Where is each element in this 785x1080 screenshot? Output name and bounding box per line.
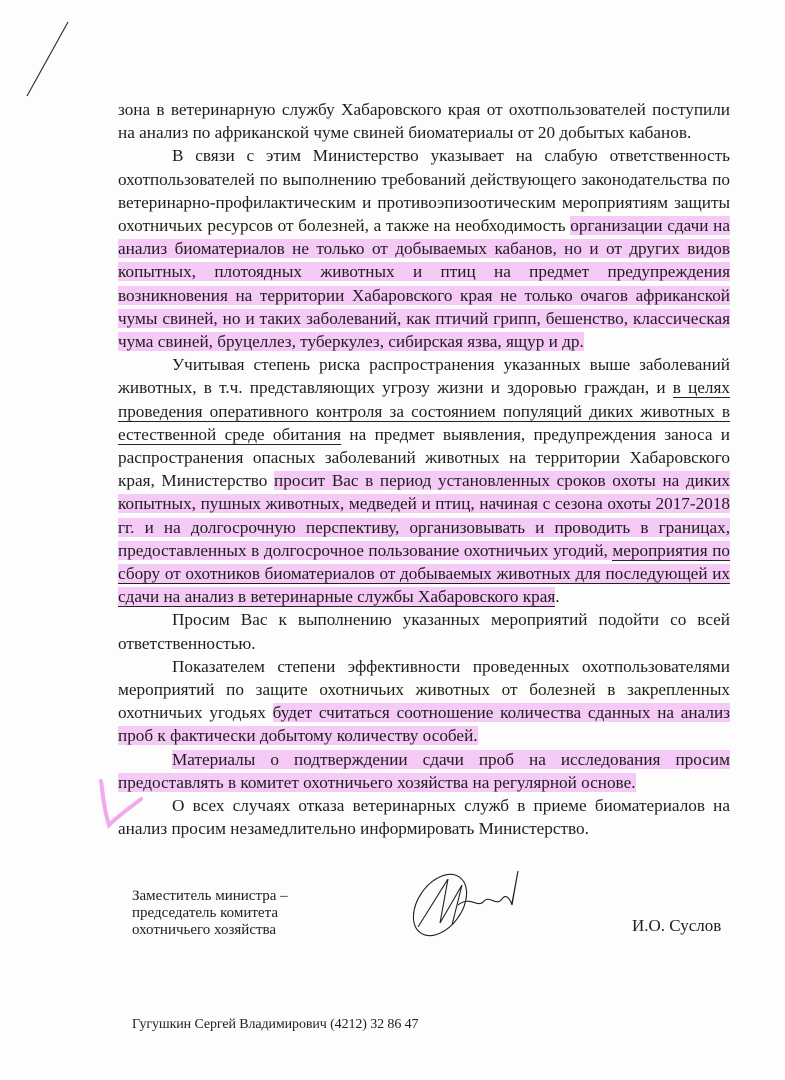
pink-check-mark-icon	[95, 775, 155, 835]
pen-stroke-mark-icon	[0, 0, 80, 110]
executor-contact: Гугушкин Сергей Владимирович (4212) 32 8…	[132, 1017, 418, 1033]
handwritten-signature-icon	[400, 865, 540, 945]
paragraph-p1: зона в ветеринарную службу Хабаровского …	[118, 98, 730, 144]
signatory-title-line-3: охотничьего хозяйства	[132, 922, 288, 939]
signatory-title: Заместитель министра – председатель коми…	[132, 888, 288, 939]
paragraph-p3: Учитывая степень риска распространения у…	[118, 353, 730, 608]
text-segment: Учитывая степень риска распространения у…	[118, 355, 730, 397]
text-segment: зона в ветеринарную службу Хабаровского …	[118, 100, 730, 142]
letter-body: зона в ветеринарную службу Хабаровского …	[118, 98, 730, 841]
text-segment: Просим Вас к выполнению указанных меропр…	[118, 610, 730, 652]
paragraph-p7: О всех случаях отказа ветеринарных служб…	[118, 794, 730, 840]
paragraph-p5: Показателем степени эффективности провед…	[118, 655, 730, 748]
text-segment: .	[555, 587, 559, 606]
paragraph-p6: Материалы о подтверждении сдачи проб на …	[118, 748, 730, 794]
scanned-letter-page: зона в ветеринарную службу Хабаровского …	[0, 0, 785, 1080]
signer-name: И.О. Суслов	[632, 916, 721, 936]
text-segment: О всех случаях отказа ветеринарных служб…	[118, 796, 730, 838]
paragraph-p2: В связи с этим Министерство указывает на…	[118, 144, 730, 353]
highlight-text-segment: Материалы о подтверждении сдачи проб на …	[118, 750, 730, 792]
highlight-text-segment: организации сдачи на анализ биоматериало…	[118, 216, 730, 351]
signatory-title-line-2: председатель комитета	[132, 905, 288, 922]
signatory-title-line-1: Заместитель министра –	[132, 888, 288, 905]
paragraph-p4: Просим Вас к выполнению указанных меропр…	[118, 608, 730, 654]
